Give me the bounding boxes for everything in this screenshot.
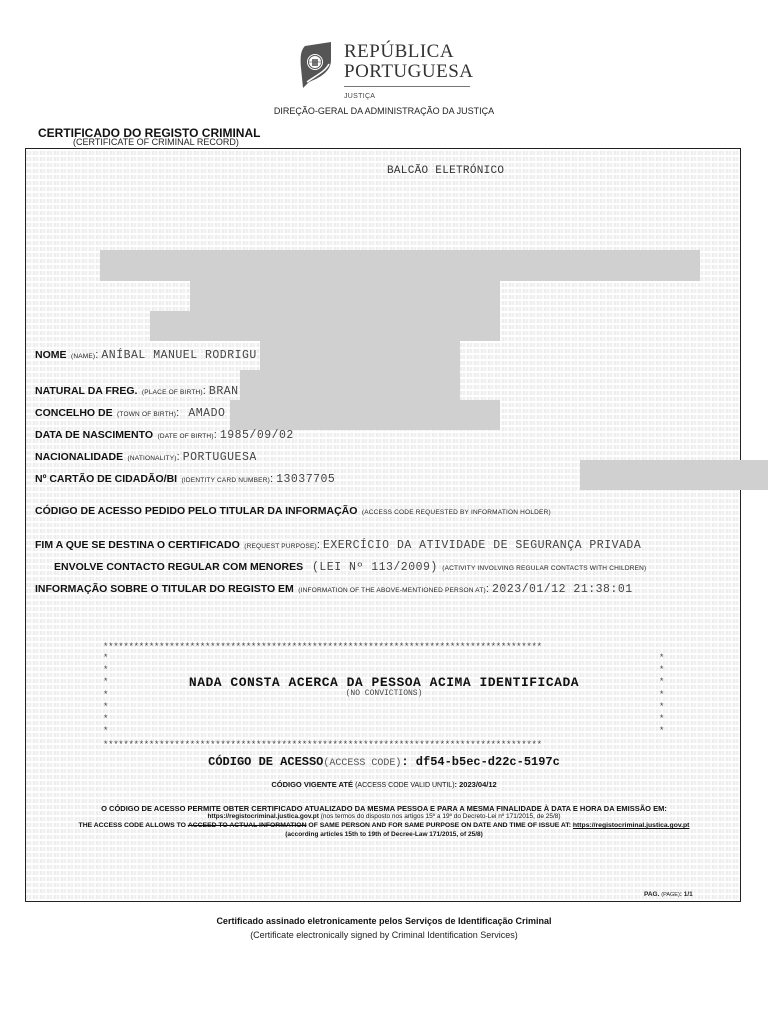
certificate-subtitle: (CERTIFICATE OF CRIMINAL RECORD) [73,137,239,147]
redaction-block [240,370,460,400]
field-town-of-birth: CONCELHO DE (TOWN OF BIRTH): AMADO [35,405,225,422]
field-date-of-birth: DATA DE NASCIMENTO (DATE OF BIRTH): 1985… [35,427,294,444]
notice-en-ref: (according articles 15th to 19th of Decr… [0,831,768,838]
stars-top-border: ****************************************… [103,642,542,652]
access-code-line: CÓDIGO DE ACESSO(ACCESS CODE): df54-b5ec… [0,752,768,770]
field-purpose: FIM A QUE SE DESTINA O CERTIFICADO (REQU… [35,537,641,554]
field-label-en: (NAME) [71,353,95,360]
redaction-block [100,250,700,281]
field-label-en: (ACTIVITY INVOLVING REGULAR CONTACTS WIT… [442,565,646,572]
notice-pt-url[interactable]: https://registocriminal.justica.gov.pt [207,813,318,820]
logo-wordmark: REPÚBLICA PORTUGUESA [344,42,473,82]
field-value: AMADO [188,407,225,420]
field-minors: ENVOLVE CONTACTO REGULAR COM MENORES (LE… [54,559,646,576]
field-label: NACIONALIDADE [35,451,123,463]
field-name: NOME (NAME): ANÍBAL MANUEL RODRIGU [35,347,257,364]
redaction-block [150,311,500,341]
field-label-en: (TOWN OF BIRTH) [117,411,176,418]
access-code-label: CÓDIGO DE ACESSO [208,755,323,769]
field-label: FIM A QUE SE DESTINA O CERTIFICADO [35,539,240,551]
field-label-en: (REQUEST PURPOSE) [244,543,317,550]
field-label-en: (DATE OF BIRTH) [157,433,213,440]
field-law: (LEI Nº 113/2009) [312,561,438,574]
access-valid-line: CÓDIGO VIGENTE ATÉ (ACCESS CODE VALID UN… [0,780,768,789]
field-place-of-birth: NATURAL DA FREG. (PLACE OF BIRTH): BRAN [35,383,239,400]
field-value: 2023/01/12 21:38:01 [492,583,633,596]
page-number: PAG. (PAGE): 1/1 [644,891,693,898]
field-label: NOME [35,349,67,361]
notice-en-url[interactable]: https://registocriminal.justica.gov.pt [573,822,690,829]
logo-divider [344,86,470,87]
field-info-at: INFORMAÇÃO SOBRE O TITULAR DO REGISTO EM… [35,581,633,598]
access-code-value[interactable]: df54-b5ec-d22c-5197c [416,755,560,769]
field-value: PORTUGUESA [183,451,257,464]
valid-label: CÓDIGO VIGENTE ATÉ [271,780,353,789]
notice-pt: O CÓDIGO DE ACESSO PERMITE OBTER CERTIFI… [0,804,768,813]
logo-line-1: REPÚBLICA [344,42,473,62]
field-value: BRAN [209,385,239,398]
field-value: 1985/09/02 [220,429,294,442]
redaction-block [230,400,500,430]
field-label-en: (ACCESS CODE REQUESTED BY INFORMATION HO… [362,509,551,516]
valid-label-en: (ACCESS CODE VALID UNTIL) [355,782,454,789]
field-label-en: (NATIONALITY) [128,455,177,462]
field-label: CONCELHO DE [35,407,113,419]
result-headline-en: (NO CONVICTIONS) [0,689,768,698]
logo-subtitle: JUSTIÇA [344,93,375,100]
field-nationality: NACIONALIDADE (NATIONALITY): PORTUGUESA [35,449,257,466]
field-value: 13037705 [276,473,335,486]
logo-line-2: PORTUGUESA [344,62,473,82]
field-label-en: (INFORMATION OF THE ABOVE-MENTIONED PERS… [298,587,486,594]
coat-of-arms-icon [297,42,333,88]
field-access-requested: CÓDIGO DE ACESSO PEDIDO PELO TITULAR DA … [35,503,551,520]
field-label: DATA DE NASCIMENTO [35,429,153,441]
notice-pt-ref: https://registocriminal.justica.gov.pt (… [0,813,768,820]
field-value: EXERCÍCIO DA ATIVIDADE DE SEGURANÇA PRIV… [323,539,641,552]
agency-name: DIREÇÃO-GERAL DA ADMINISTRAÇÃO DA JUSTIÇ… [0,106,768,116]
field-label: Nº CARTÃO DE CIDADÃO/BI [35,473,177,485]
field-label: NATURAL DA FREG. [35,385,137,397]
signature-note-en: (Certificate electronically signed by Cr… [0,930,768,940]
channel-label: BALCÃO ELETRÓNICO [387,165,504,177]
field-label: INFORMAÇÃO SOBRE O TITULAR DO REGISTO EM [35,583,294,595]
stars-bottom-border: ****************************************… [103,740,542,750]
result-headline: NADA CONSTA ACERCA DA PESSOA ACIMA IDENT… [0,675,768,690]
field-id-card: Nº CARTÃO DE CIDADÃO/BI (IDENTITY CARD N… [35,471,335,488]
field-label-en: (IDENTITY CARD NUMBER) [182,477,270,484]
field-label-en: (PLACE OF BIRTH) [142,389,203,396]
signature-note: Certificado assinado eletronicamente pel… [0,916,768,926]
field-label: CÓDIGO DE ACESSO PEDIDO PELO TITULAR DA … [35,505,357,517]
redaction-block [260,341,460,371]
notice-en: THE ACCESS CODE ALLOWS TO ACCEED TO ACTU… [0,822,768,829]
field-label: ENVOLVE CONTACTO REGULAR COM MENORES [54,561,303,573]
valid-until-value: 2023/04/12 [459,780,497,789]
field-value: ANÍBAL MANUEL RODRIGU [101,349,256,362]
redaction-block [190,281,500,311]
redaction-block [580,460,768,490]
access-code-label-en: (ACCESS CODE) [323,758,401,769]
